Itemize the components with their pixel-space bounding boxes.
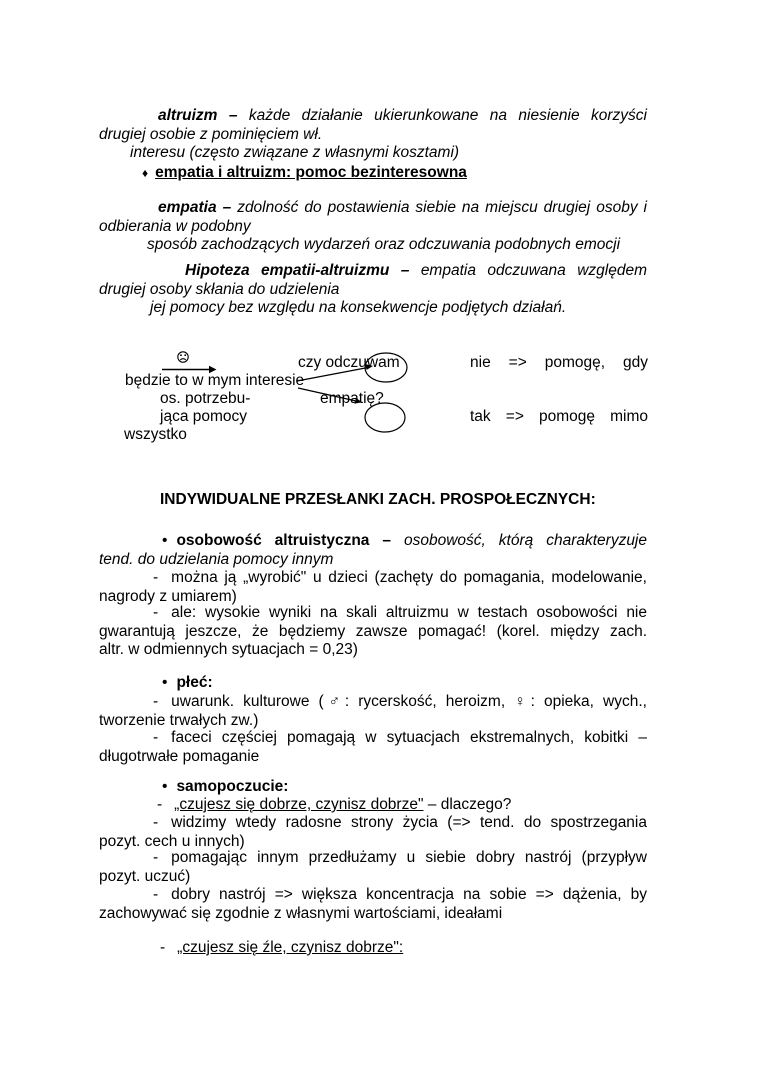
text-segment: odbierania w podobny — [99, 218, 251, 235]
dash-czujesz-sie-dobrze: -„czujesz się dobrze, czynisz dobrze" – … — [99, 796, 647, 815]
dash-icon: - — [153, 814, 158, 831]
para-hipoteza-empatii-altruizmu-line-2: drugiej osoby skłania do udzielenia — [99, 281, 647, 300]
text-segment: jej pomocy bez względu na konsekwencje p… — [150, 299, 566, 316]
dash-icon: - — [153, 849, 158, 866]
diamond-bullet-icon: ♦ — [142, 166, 148, 180]
dash-ale-wysokie-wyniki-line-1: -ale: wysokie wyniki na skali altruizmu … — [153, 604, 647, 623]
dash-pomagajac-innym-line-2: pozyt. uczuć) — [99, 868, 647, 887]
marker-gap — [165, 951, 177, 952]
dash-icon: - — [160, 939, 165, 956]
dash-pomagajac-innym-line-1: -pomagając innym przedłużamy u siebie do… — [153, 849, 647, 868]
text-segment: pomagając innym przedłużamy u siebie dob… — [171, 849, 647, 866]
diagram-text-empatie: empatię? — [320, 390, 384, 409]
bullet-samopoczucie-line-1: •samopoczucie: — [162, 778, 647, 797]
dash-uwarunkowania-kulturowe-line-1: -uwarunk. kulturowe (♂: rycerskość, hero… — [153, 693, 647, 712]
text-segment: sposób zachodzących wydarzeń oraz odczuw… — [147, 236, 620, 253]
dash-icon: - — [153, 693, 158, 710]
dash-icon: - — [153, 886, 158, 903]
dash-faceci-czesciej: -faceci częściej pomagają w sytuacjach e… — [99, 729, 647, 766]
dash-czujesz-sie-zle: -„czujesz się źle, czynisz dobrze": — [99, 939, 647, 958]
diagram-text-wszystko: wszystko — [124, 426, 187, 445]
sad-face-icon — [178, 352, 188, 362]
bullet-osobowosc-altruistyczna-line-2: tend. do udzielania pomocy innym — [99, 551, 647, 570]
text-segment: tworzenie trwałych zw.) — [99, 712, 258, 729]
text-segment: uwarunk. kulturowe (♂: rycerskość, heroi… — [171, 693, 647, 710]
diagram-text-nie-pomoge: nie => pomogę, gdy — [470, 354, 648, 373]
bullet-plec-line-1: •płeć: — [162, 674, 647, 693]
diagram-text-os-potrzebu: os. potrzebu- — [160, 390, 250, 409]
dash-widzimy-wtedy-line-1: -widzimy wtedy radosne strony życia (=> … — [153, 814, 647, 833]
para-empatia-definition-line-2: odbierania w podobny — [99, 218, 647, 237]
dash-icon: - — [153, 604, 158, 621]
text-segment: widzimy wtedy radosne strony życia (=> t… — [171, 814, 647, 831]
text-segment: drugiej osobie z pominięciem wł. — [99, 126, 322, 143]
dash-pomagajac-innym: -pomagając innym przedłużamy u siebie do… — [99, 849, 647, 886]
text-segment: altruizm – — [158, 107, 249, 124]
para-empatia-definition-line-3: sposób zachodzących wydarzeń oraz odczuw… — [147, 236, 647, 255]
para-altruizm-definition: altruizm – każde działanie ukierunkowane… — [99, 107, 647, 163]
marker-gap — [158, 898, 171, 899]
bullet-osobowosc-altruistyczna: •osobowość altruistyczna – osobowość, kt… — [99, 532, 647, 569]
text-segment: Hipoteza empatii-altruizmu – — [185, 262, 421, 279]
text-segment: osobowość altruistyczna – — [176, 532, 404, 549]
section-heading: INDYWIDUALNE PRZESŁANKI ZACH. PROSPOŁECZ… — [99, 491, 647, 510]
dash-uwarunkowania-kulturowe: -uwarunk. kulturowe (♂: rycerskość, hero… — [99, 693, 647, 730]
dash-dobry-nastroj-line-2: zachowywać się zgodnie z własnymi wartoś… — [99, 905, 647, 924]
para-empatia-definition-line-1: empatia – zdolność do postawienia siebie… — [158, 199, 647, 218]
dash-icon: - — [153, 569, 158, 586]
text-segment: płeć: — [176, 674, 212, 691]
dash-faceci-czesciej-line-1: -faceci częściej pomagają w sytuacjach e… — [153, 729, 647, 748]
text-segment: zachowywać się zgodnie z własnymi wartoś… — [99, 905, 502, 922]
text-segment: altr. w odmiennych sytuacjach = 0,23) — [99, 641, 358, 658]
dash-dobry-nastroj-line-1: -dobry nastrój => większa koncentracja n… — [153, 886, 647, 905]
text-segment: nagrody z umiarem) — [99, 588, 237, 605]
text-segment: „czujesz się dobrze, czynisz dobrze" — [174, 796, 423, 813]
diagram-text-czy-odczuwam: czy odczuwam — [298, 354, 400, 373]
dash-widzimy-wtedy: -widzimy wtedy radosne strony życia (=> … — [99, 814, 647, 851]
text-segment: długotrwałe pomaganie — [99, 748, 259, 765]
text-segment: gwarantują jeszcze, że będziemy zawsze p… — [99, 623, 647, 640]
diagram-text-bedzie-to: będzie to w mym interesie — [125, 372, 304, 391]
bullet-icon: • — [162, 674, 167, 691]
marker-gap — [158, 826, 171, 827]
text-segment: dobry nastrój => większa koncentracja na… — [171, 886, 647, 903]
dash-czujesz-sie-zle-line-1: -„czujesz się źle, czynisz dobrze": — [160, 939, 647, 958]
text-segment: INDYWIDUALNE PRZESŁANKI ZACH. PROSPOŁECZ… — [160, 491, 596, 508]
text-segment: samopoczucie: — [176, 778, 288, 795]
dash-czujesz-sie-dobrze-line-1: -„czujesz się dobrze, czynisz dobrze" – … — [157, 796, 647, 815]
text-segment: faceci częściej pomagają w sytuacjach ek… — [171, 729, 647, 746]
text-segment: pozyt. uczuć) — [99, 868, 190, 885]
bullet-plec: •płeć: — [99, 674, 647, 693]
text-segment: można ją „wyrobić" u dzieci (zachęty do … — [171, 569, 647, 586]
text-segment: „czujesz się źle, czynisz dobrze": — [177, 939, 403, 956]
dash-mozna-wyrobic: -można ją „wyrobić" u dzieci (zachęty do… — [99, 569, 647, 606]
dash-mozna-wyrobic-line-1: -można ją „wyrobić" u dzieci (zachęty do… — [153, 569, 647, 588]
dash-faceci-czesciej-line-2: długotrwałe pomaganie — [99, 748, 647, 767]
para-empatia-definition: empatia – zdolność do postawienia siebie… — [99, 199, 647, 255]
text-segment: tend. do udzielania pomocy innym — [99, 551, 333, 568]
dash-ale-wysokie-wyniki-line-3: altr. w odmiennych sytuacjach = 0,23) — [99, 641, 647, 660]
text-segment: – dlaczego? — [423, 796, 511, 813]
document-page: altruizm – każde działanie ukierunkowane… — [0, 0, 760, 1075]
text-segment: empatia – — [158, 199, 237, 216]
marker-gap — [158, 581, 171, 582]
dash-ale-wysokie-wyniki: -ale: wysokie wyniki na skali altruizmu … — [99, 604, 647, 660]
dash-uwarunkowania-kulturowe-line-2: tworzenie trwałych zw.) — [99, 712, 647, 731]
text-segment: osobowość, którą charakteryzuje — [404, 532, 647, 549]
text-segment: empatia i altruizm: pomoc bezinteresowna — [155, 164, 467, 181]
para-altruizm-definition-line-2: drugiej osobie z pominięciem wł. — [99, 126, 647, 145]
text-segment: interesu (często związane z własnymi kos… — [130, 144, 459, 161]
para-altruizm-definition-line-1: altruizm – każde działanie ukierunkowane… — [158, 107, 647, 126]
marker-gap — [162, 808, 174, 809]
para-hipoteza-empatii-altruizmu-line-3: jej pomocy bez względu na konsekwencje p… — [150, 299, 647, 318]
bullet-icon: • — [162, 778, 167, 795]
dash-ale-wysokie-wyniki-line-2: gwarantują jeszcze, że będziemy zawsze p… — [99, 623, 647, 642]
marker-gap — [158, 741, 171, 742]
section-heading-line-1: INDYWIDUALNE PRZESŁANKI ZACH. PROSPOŁECZ… — [160, 491, 647, 510]
marker-gap — [158, 616, 171, 617]
marker-gap — [158, 705, 171, 706]
para-hipoteza-empatii-altruizmu-line-1: Hipoteza empatii-altruizmu – empatia odc… — [185, 262, 647, 281]
text-segment: drugiej osoby skłania do udzielenia — [99, 281, 339, 298]
dash-icon: - — [157, 796, 162, 813]
bullet-samopoczucie: •samopoczucie: — [99, 778, 647, 797]
text-segment: każde działanie ukierunkowane na niesien… — [249, 107, 647, 124]
dash-dobry-nastroj: -dobry nastrój => większa koncentracja n… — [99, 886, 647, 923]
para-hipoteza-empatii-altruizmu: Hipoteza empatii-altruizmu – empatia odc… — [99, 262, 647, 318]
bullet-empatia-altruizm-line-1: ♦empatia i altruizm: pomoc bezinteresown… — [142, 164, 647, 183]
text-segment: pozyt. cech u innych) — [99, 833, 245, 850]
text-segment: zdolność do postawienia siebie na miejsc… — [237, 199, 647, 216]
bullet-icon: • — [162, 532, 167, 549]
text-segment: ale: wysokie wyniki na skali altruizmu w… — [171, 604, 647, 621]
text-segment: empatia odczuwana względem — [421, 262, 647, 279]
diagram-text-jaca-pomocy: jąca pomocy — [160, 408, 247, 427]
marker-gap — [158, 861, 171, 862]
diagram-text-tak-pomoge: tak => pomogę mimo — [470, 408, 648, 427]
bullet-osobowosc-altruistyczna-line-1: •osobowość altruistyczna – osobowość, kt… — [162, 532, 647, 551]
para-altruizm-definition-line-3: interesu (często związane z własnymi kos… — [130, 144, 647, 163]
dash-icon: - — [153, 729, 158, 746]
bullet-empatia-altruizm: ♦empatia i altruizm: pomoc bezinteresown… — [99, 164, 647, 183]
